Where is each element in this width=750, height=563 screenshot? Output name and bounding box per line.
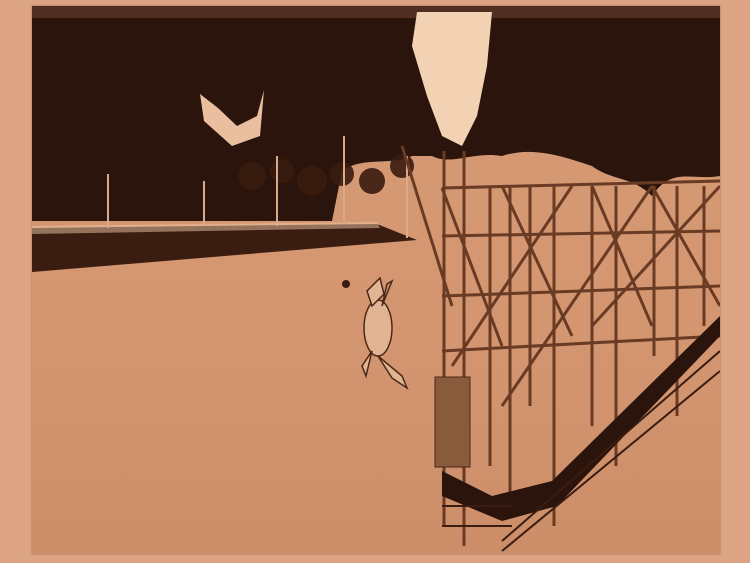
signboard (435, 377, 470, 467)
photo-scene (32, 6, 720, 554)
horse-and-rider (362, 278, 407, 388)
photograph (32, 6, 720, 554)
